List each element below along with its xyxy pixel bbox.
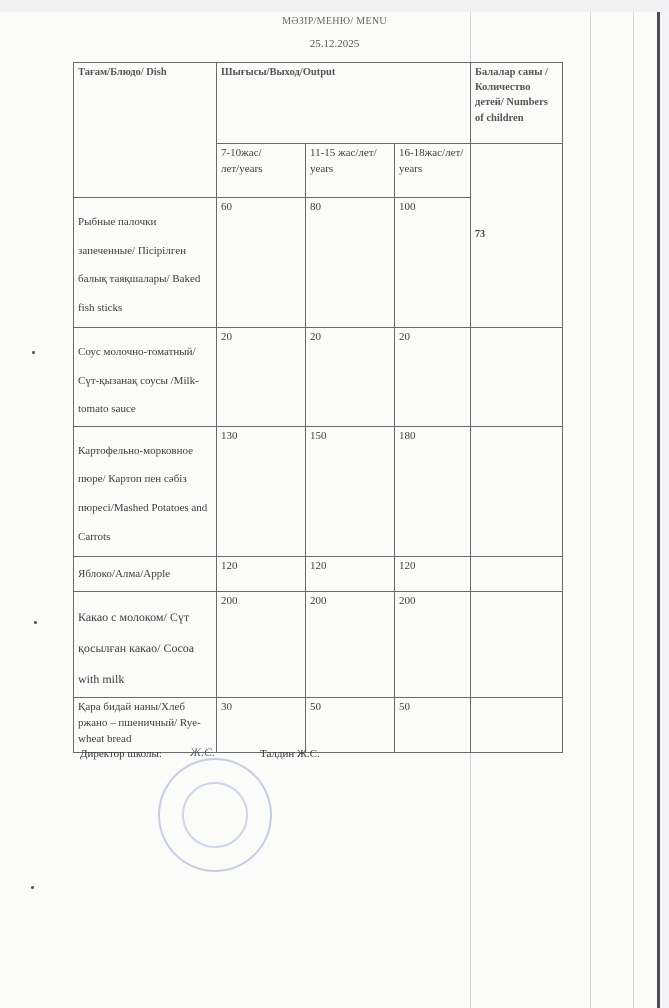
- dish-name: Картофельно-морковное пюре/ Картоп пен с…: [74, 426, 217, 556]
- dish-name: Соус молочно-томатный/ Сүт-қызанақ соусы…: [74, 328, 217, 427]
- children-cell: [471, 556, 563, 591]
- output-value: 100: [395, 198, 471, 328]
- output-value: 120: [306, 556, 395, 591]
- age-group-11-15: 11-15 жас/лет/ years: [306, 144, 395, 198]
- output-value: 200: [306, 591, 395, 698]
- scan-speck: [31, 886, 34, 889]
- age-group-7-10: 7-10жас/лет/years: [217, 144, 306, 198]
- table-row: Картофельно-морковное пюре/ Картоп пен с…: [74, 426, 563, 556]
- menu-table: Тағам/Блюдо/ Dish Шығысы/Выход/Output Ба…: [73, 62, 563, 753]
- output-value: 120: [395, 556, 471, 591]
- age-group-16-18: 16-18жас/лет/ years: [395, 144, 471, 198]
- children-cell: [471, 328, 563, 427]
- signature-block: Директор школы: Ж.С. Талдин Ж.С.: [80, 748, 162, 760]
- output-value: 30: [217, 698, 306, 753]
- dish-name: Яблоко/Алма/Apple: [74, 556, 217, 591]
- director-label: Директор школы:: [80, 748, 162, 760]
- document-date: 25.12.2025: [0, 38, 669, 50]
- table-row: Яблоко/Алма/Apple 120 120 120: [74, 556, 563, 591]
- output-value: 60: [217, 198, 306, 328]
- output-value: 50: [306, 698, 395, 753]
- output-value: 130: [217, 426, 306, 556]
- output-value: 20: [217, 328, 306, 427]
- table-header-row: Тағам/Блюдо/ Dish Шығысы/Выход/Output Ба…: [74, 63, 563, 144]
- table-row: Соус молочно-томатный/ Сүт-қызанақ соусы…: [74, 328, 563, 427]
- table-row: Какао с молоком/ Сүт қосылған какао/ Coc…: [74, 591, 563, 698]
- page-margin: [660, 12, 669, 1008]
- output-value: 180: [395, 426, 471, 556]
- output-value: 50: [395, 698, 471, 753]
- children-cell: [471, 591, 563, 698]
- stamp-emblem-icon: [182, 782, 248, 848]
- scan-speck: [34, 621, 37, 624]
- header-dish: Тағам/Блюдо/ Dish: [74, 63, 217, 198]
- output-value: 80: [306, 198, 395, 328]
- director-name: Талдин Ж.С.: [260, 748, 320, 760]
- children-count: 73: [471, 144, 563, 328]
- bleed-through-line: [633, 12, 634, 1008]
- document-title: МӘЗІР/МЕНЮ/ MENU: [0, 16, 669, 27]
- output-value: 20: [395, 328, 471, 427]
- bleed-through-line: [590, 12, 591, 1008]
- output-value: 200: [217, 591, 306, 698]
- children-cell: [471, 698, 563, 753]
- output-value: 200: [395, 591, 471, 698]
- output-value: 120: [217, 556, 306, 591]
- output-value: 150: [306, 426, 395, 556]
- scan-speck: [32, 351, 35, 354]
- table-row: Қара бидай наны/Хлеб ржано – пшеничный/ …: [74, 698, 563, 753]
- children-cell: [471, 426, 563, 556]
- dish-name: Какао с молоком/ Сүт қосылған какао/ Coc…: [74, 591, 217, 698]
- header-children: Балалар саны /Количество детей/ Numbers …: [471, 63, 563, 144]
- output-value: 20: [306, 328, 395, 427]
- dish-name: Рыбные палочки запеченные/ Пісірілген ба…: [74, 198, 217, 328]
- header-output: Шығысы/Выход/Output: [217, 63, 471, 144]
- school-stamp-icon: [158, 758, 272, 872]
